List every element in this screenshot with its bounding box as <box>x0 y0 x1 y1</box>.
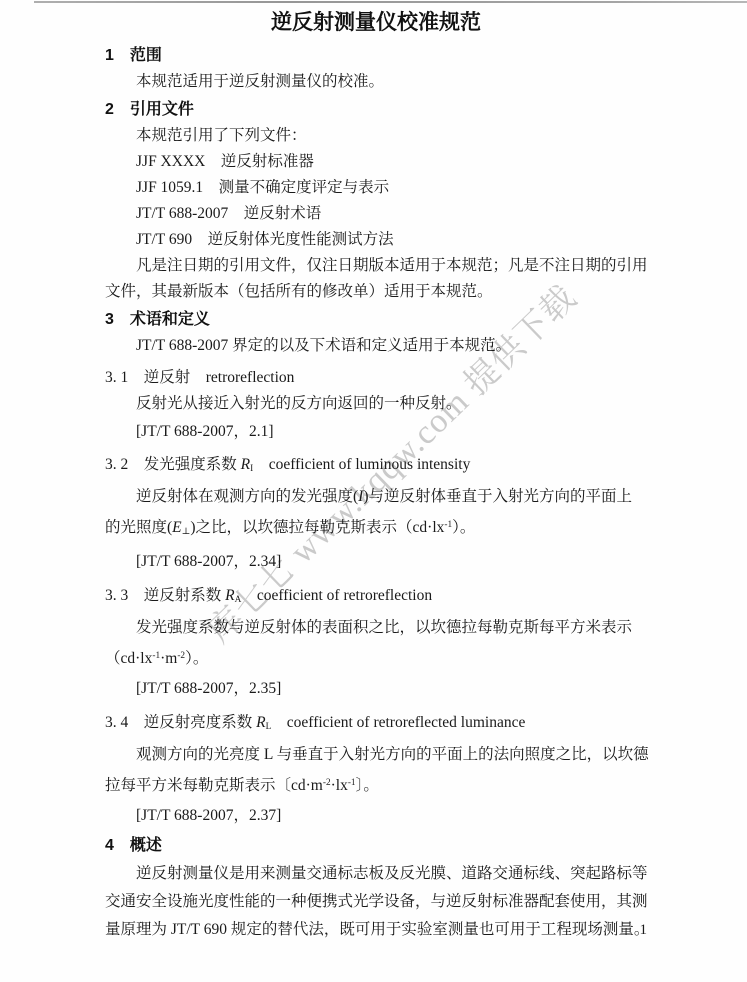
paragraph-line: JT/T 688-2007 界定的以及下术语和定义适用于本规范。 <box>105 333 647 359</box>
paragraph-line: 逆反射测量仪是用来测量交通标志板及反光膜、道路交通标线、突起路标等 <box>105 860 647 888</box>
paragraph-line: 本规范引用了下列文件： <box>105 123 647 149</box>
paragraph-line: 逆反射体在观测方向的发光强度(I)与逆反射体垂直于入射光方向的平面上 <box>105 483 647 511</box>
section-heading: 1 范围 <box>105 43 647 69</box>
document-page: 库七七 www.kqqw.com 提供下载 逆反射测量仪校准规范 1 范围本规范… <box>0 0 747 982</box>
paragraph-line: JJF 1059.1 测量不确定度评定与表示 <box>105 175 647 201</box>
page-number: 1 <box>105 922 657 939</box>
paragraph-line: 交通安全设施光度性能的一种便携式光学设备，与逆反射标准器配套使用，其测 <box>105 888 647 916</box>
paragraph-line: 的光照度(E⊥)之比，以坎德拉每勒克斯表示（cd·lx-1）。 <box>105 511 647 546</box>
term-heading: 3. 3 逆反射系数 RA coefficient of retroreflec… <box>105 582 647 614</box>
term-heading: 3. 4 逆反射亮度系数 RL coefficient of retrorefl… <box>105 709 647 741</box>
reference-line: [JT/T 688-2007，2.34] <box>105 548 647 576</box>
paragraph-line: 凡是注日期的引用文件，仅注日期版本适用于本规范；凡是不注日期的引用 <box>105 253 647 279</box>
paragraph-line: 本规范适用于逆反射测量仪的校准。 <box>105 69 647 95</box>
reference-line: [JT/T 688-2007，2.35] <box>105 675 647 703</box>
paragraph-line: JT/T 690 逆反射体光度性能测试方法 <box>105 227 647 253</box>
paragraph-line: 反射光从接近入射光的反方向返回的一种反射。 <box>105 391 647 417</box>
term-heading: 3. 2 发光强度系数 RI coefficient of luminous i… <box>105 451 647 483</box>
section-heading: 3 术语和定义 <box>105 307 647 333</box>
paragraph-line: 发光强度系数与逆反射体的表面积之比，以坎德拉每勒克斯每平方米表示 <box>105 614 647 642</box>
section-heading: 2 引用文件 <box>105 97 647 123</box>
term-heading: 3. 1 逆反射 retroreflection <box>105 365 647 391</box>
paragraph-line: 拉每平方米每勒克斯表示〔cd·m-2·lx-1〕。 <box>105 769 647 800</box>
paragraph-line: （cd·lx-1·m-2）。 <box>105 642 647 673</box>
paragraph-line: JJF XXXX 逆反射标准器 <box>105 149 647 175</box>
section-heading: 4 概述 <box>105 832 647 860</box>
paragraph-line: 文件，其最新版本（包括所有的修改单）适用于本规范。 <box>105 279 647 305</box>
document-body: 逆反射测量仪校准规范 1 范围本规范适用于逆反射测量仪的校准。2 引用文件本规范… <box>105 0 647 944</box>
paragraph-line: JT/T 688-2007 逆反射术语 <box>105 201 647 227</box>
paragraph-line: 观测方向的光亮度 L 与垂直于入射光方向的平面上的法向照度之比，以坎德 <box>105 741 647 769</box>
reference-line: [JT/T 688-2007，2.1] <box>105 419 647 445</box>
document-title: 逆反射测量仪校准规范 <box>105 0 647 38</box>
reference-line: [JT/T 688-2007，2.37] <box>105 802 647 830</box>
